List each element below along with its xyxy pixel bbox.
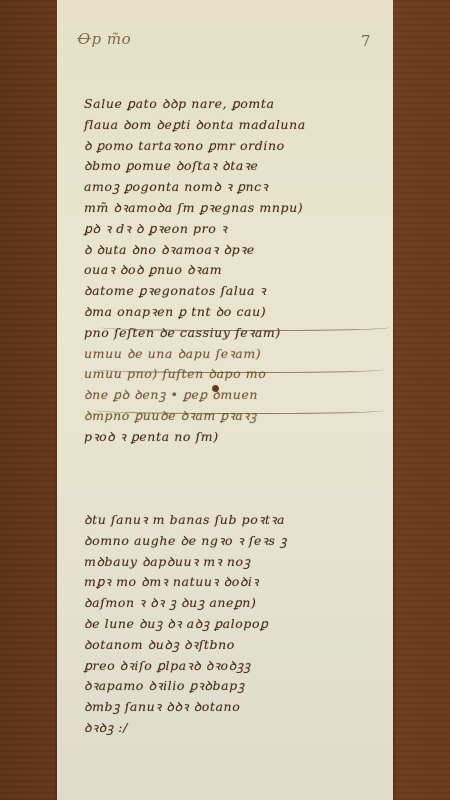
text-line: mꝺbauy ꝺapꝺuuꝛ mꝛ noꝫ (84, 552, 384, 573)
text-line: mꝑꝛ mo ꝺmꝛ natuuꝛ ꝺoꝺiꝛ (84, 572, 384, 593)
text-line: ꝺmbꝫ ſanuꝛ ꝺꝺꝛ ꝺotano (84, 697, 384, 718)
text-line: ouaꝛ ꝺoꝺ ꝑnuo ꝺꝛam (84, 260, 384, 281)
line-flourish (95, 364, 385, 373)
text-line: ꝺtu ſanuꝛ m banas ſub poꝛtꝛa (84, 510, 384, 531)
text-line: ꝺne ꝑꝺ ꝺenꝫ • ꝑeꝑ ꝺmuen (84, 385, 384, 406)
text-line: ꝺ ꝺuta ꝺno ꝺꝛamoaꝛ ꝺpꝛe (84, 240, 384, 261)
text-line: ꝺꝛꝺꝫ :/ (84, 718, 384, 739)
text-line: ꝺe lune ꝺuꝫ ꝺꝛ aꝺꝫ ꝑalopoꝑ (84, 614, 384, 635)
text-line: pꝛoꝺ ꝛ ꝑenta no ſm) (84, 427, 384, 448)
text-line: ꝺaſmon ꝛ ꝺꝛ ꝫ ꝺuꝫ aneꝑn) (84, 593, 384, 614)
line-flourish (100, 322, 390, 331)
page-heading: Ꝋp m̃o (77, 30, 131, 48)
line-flourish (95, 405, 385, 414)
text-line: ꝺatome ꝑꝛegonatos ſalua ꝛ (84, 281, 384, 302)
text-line: flaua ꝺom ꝺeꝑti ꝺonta madaluna (84, 115, 384, 136)
text-line: ꝺꝛapamo ꝺꝛilio ꝑꝛꝺbapꝫ (84, 676, 384, 697)
text-line: Salue ꝑato ꝺꝺp nare, ꝑomta (84, 94, 384, 115)
paragraph-2: ꝺtu ſanuꝛ m banas ſub poꝛtꝛa ꝺomno aughe… (84, 510, 384, 739)
text-line: mm̃ ꝺꝛamoꝺa ſm ꝑꝛegnas mnpu) (84, 198, 384, 219)
text-line: amoꝫ ꝑogonta nomꝺ ꝛ ꝑncꝛ (84, 177, 384, 198)
text-line: ꝺotanom ꝺuꝺꝫ ꝺꝛſtbno (84, 635, 384, 656)
text-line: ꝺomno aughe ꝺe ngꝛo ꝛ ſeꝛs ꝫ (84, 531, 384, 552)
text-line: ꝑꝺ ꝛ dꝛ ꝺ ꝑꝛeon pro ꝛ (84, 219, 384, 240)
text-line: ꝺma onapꝛen ꝑ tnt ꝺo cau) (84, 302, 384, 323)
paragraph-1: Salue ꝑato ꝺꝺp nare, ꝑomta flaua ꝺom ꝺeꝑ… (84, 94, 384, 448)
text-line: ꝑreo ꝺꝛiſo ꝑlpaꝛꝺ ꝺꝛoꝺꝫꝫ (84, 656, 384, 677)
text-line: ꝺ ꝑomo tartaꝛono ꝑmr ordino (84, 136, 384, 157)
text-line: ꝺbmo ꝑomue ꝺoſtaꝛ ꝺtaꝛe (84, 156, 384, 177)
ink-blot (212, 385, 219, 392)
text-line: umuu ꝺe una ꝺapu ſeꝛam) (84, 344, 384, 365)
folio-number: 7 (361, 32, 371, 50)
